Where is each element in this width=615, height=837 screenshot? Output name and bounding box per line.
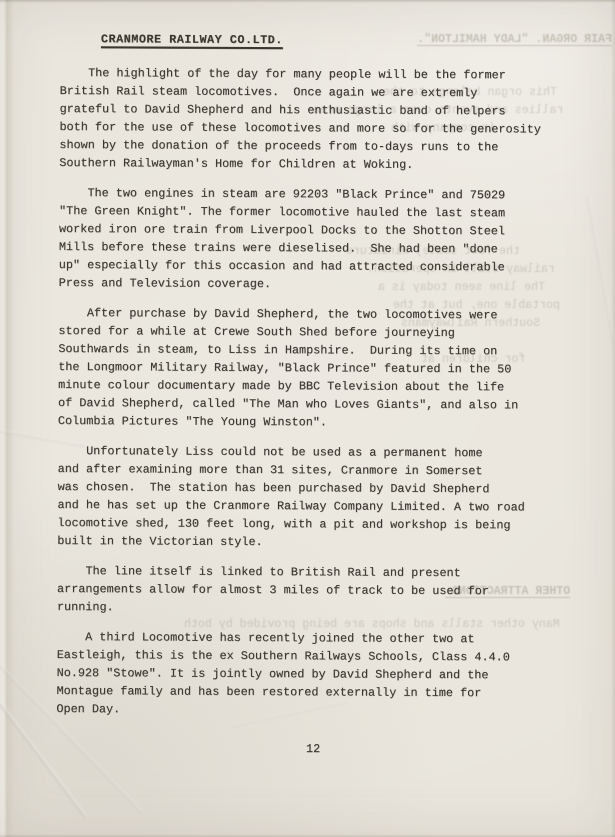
scanned-document-page: FAIR ORGAN. "LADY HAMILTON". OTHER ATTRA…: [0, 0, 615, 837]
paragraph-line-linked-br: The line itself is linked to British Rai…: [57, 562, 562, 619]
paragraph-two-engines: The two engines in steam are 92203 "Blac…: [59, 184, 565, 295]
paragraph-cranmore-chosen: Unfortunately Liss could not be used as …: [57, 442, 563, 553]
page-title-text: CRANMORE RAILWAY CO.LTD.: [101, 32, 283, 47]
page-number: 12: [306, 742, 320, 756]
paragraph-highlight-of-day: The highlight of the day for many people…: [59, 64, 565, 175]
paragraph-third-locomotive: A third Locomotive has recently joined t…: [56, 628, 561, 721]
paragraph-after-purchase: After purchase by David Shepherd, the tw…: [58, 304, 564, 433]
typewritten-text-block: CRANMORE RAILWAY CO.LTD. The highlight o…: [56, 30, 565, 733]
page-title: CRANMORE RAILWAY CO.LTD.: [101, 30, 565, 50]
